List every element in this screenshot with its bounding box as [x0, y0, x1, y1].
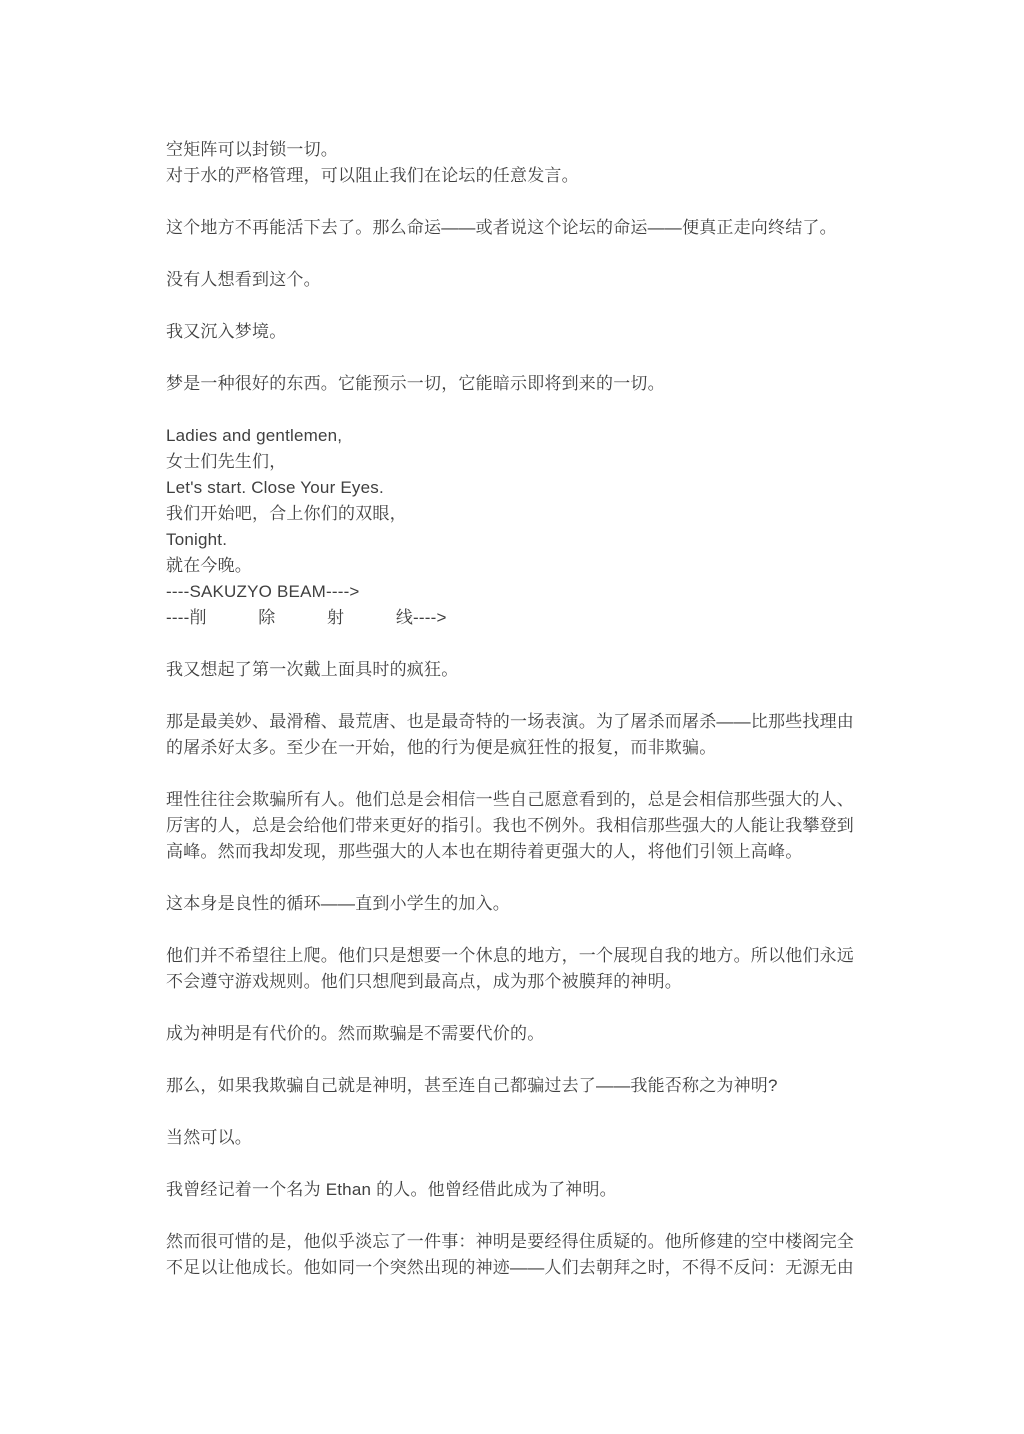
- paragraph-ethan-flaw: 然而很可惜的是，他似乎淡忘了一件事：神明是要经得住质疑的。他所修建的空中楼阁完全…: [166, 1229, 906, 1281]
- paragraph-benign-cycle: 这本身是良性的循环——直到小学生的加入。: [166, 891, 906, 917]
- paragraph-they-dont-climb: 他们并不希望往上爬。他们只是想要一个休息的地方，一个展现自我的地方。所以他们永远…: [166, 943, 906, 995]
- paragraph-rationality-deceives: 理性往往会欺骗所有人。他们总是会相信一些自己愿意看到的，总是会相信那些强大的人、…: [166, 787, 906, 865]
- paragraph-intro-lockdown: 空矩阵可以封锁一切。 对于水的严格管理，可以阻止我们在论坛的任意发言。: [166, 137, 906, 189]
- paragraph-performance: 那是最美妙、最滑稽、最荒唐、也是最奇特的一场表演。为了屠杀而屠杀——比那些找理由…: [166, 709, 906, 761]
- paragraph-forum-fate: 这个地方不再能活下去了。那么命运——或者说这个论坛的命运——便真正走向终结了。: [166, 215, 906, 241]
- paragraph-deceive-myself: 那么，如果我欺骗自己就是神明，甚至连自己都骗过去了——我能否称之为神明?: [166, 1073, 906, 1099]
- document-page: 空矩阵可以封锁一切。 对于水的严格管理，可以阻止我们在论坛的任意发言。 这个地方…: [166, 137, 906, 1281]
- paragraph-ethan: 我曾经记着一个名为 Ethan 的人。他曾经借此成为了神明。: [166, 1177, 906, 1203]
- lyrics-block-sakuzyo-beam: Ladies and gentlemen, 女士们先生们， Let's star…: [166, 423, 906, 631]
- paragraph-of-course: 当然可以。: [166, 1125, 906, 1151]
- paragraph-price-of-godhood: 成为神明是有代价的。然而欺骗是不需要代价的。: [166, 1021, 906, 1047]
- paragraph-mask-madness: 我又想起了第一次戴上面具时的疯狂。: [166, 657, 906, 683]
- paragraph-sink-into-dream: 我又沉入梦境。: [166, 319, 906, 345]
- paragraph-dream-foretell: 梦是一种很好的东西。它能预示一切，它能暗示即将到来的一切。: [166, 371, 906, 397]
- paragraph-nobody-wants: 没有人想看到这个。: [166, 267, 906, 293]
